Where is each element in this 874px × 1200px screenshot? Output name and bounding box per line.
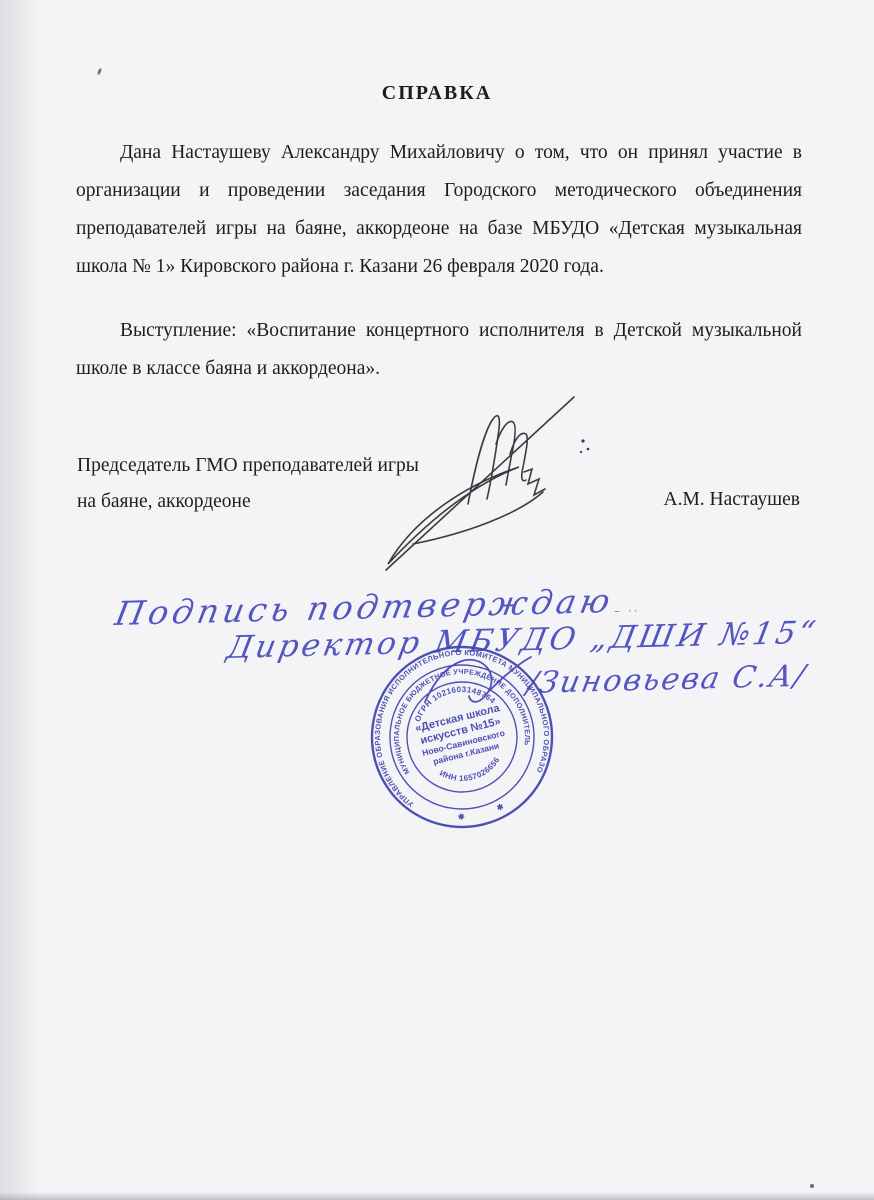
scan-artifact-marks: – ·· [614, 604, 639, 618]
document-title: СПРАВКА [0, 82, 874, 105]
scan-artifact-speck [97, 68, 103, 76]
stamp-separator-left: ✱ [457, 812, 466, 822]
signer-position-line-2: на баяне, аккордеоне [77, 491, 251, 513]
scan-edge-shadow [0, 0, 40, 1200]
signer-name: А.М. Настаушев [664, 489, 801, 511]
scan-artifact-speck [810, 1184, 814, 1188]
scanned-document-page: СПРАВКА Дана Настаушеву Александру Михай… [0, 0, 874, 1200]
director-signature-flourish [400, 640, 600, 730]
scan-edge-shadow-bottom [0, 1192, 874, 1200]
body-paragraph-1: Дана Настаушеву Александру Михайловичу о… [76, 134, 802, 286]
body-paragraph-2: Выступление: «Воспитание концертного исп… [76, 312, 802, 388]
handwritten-signature [368, 392, 604, 584]
stamp-separator-right: ✱ [496, 802, 505, 812]
